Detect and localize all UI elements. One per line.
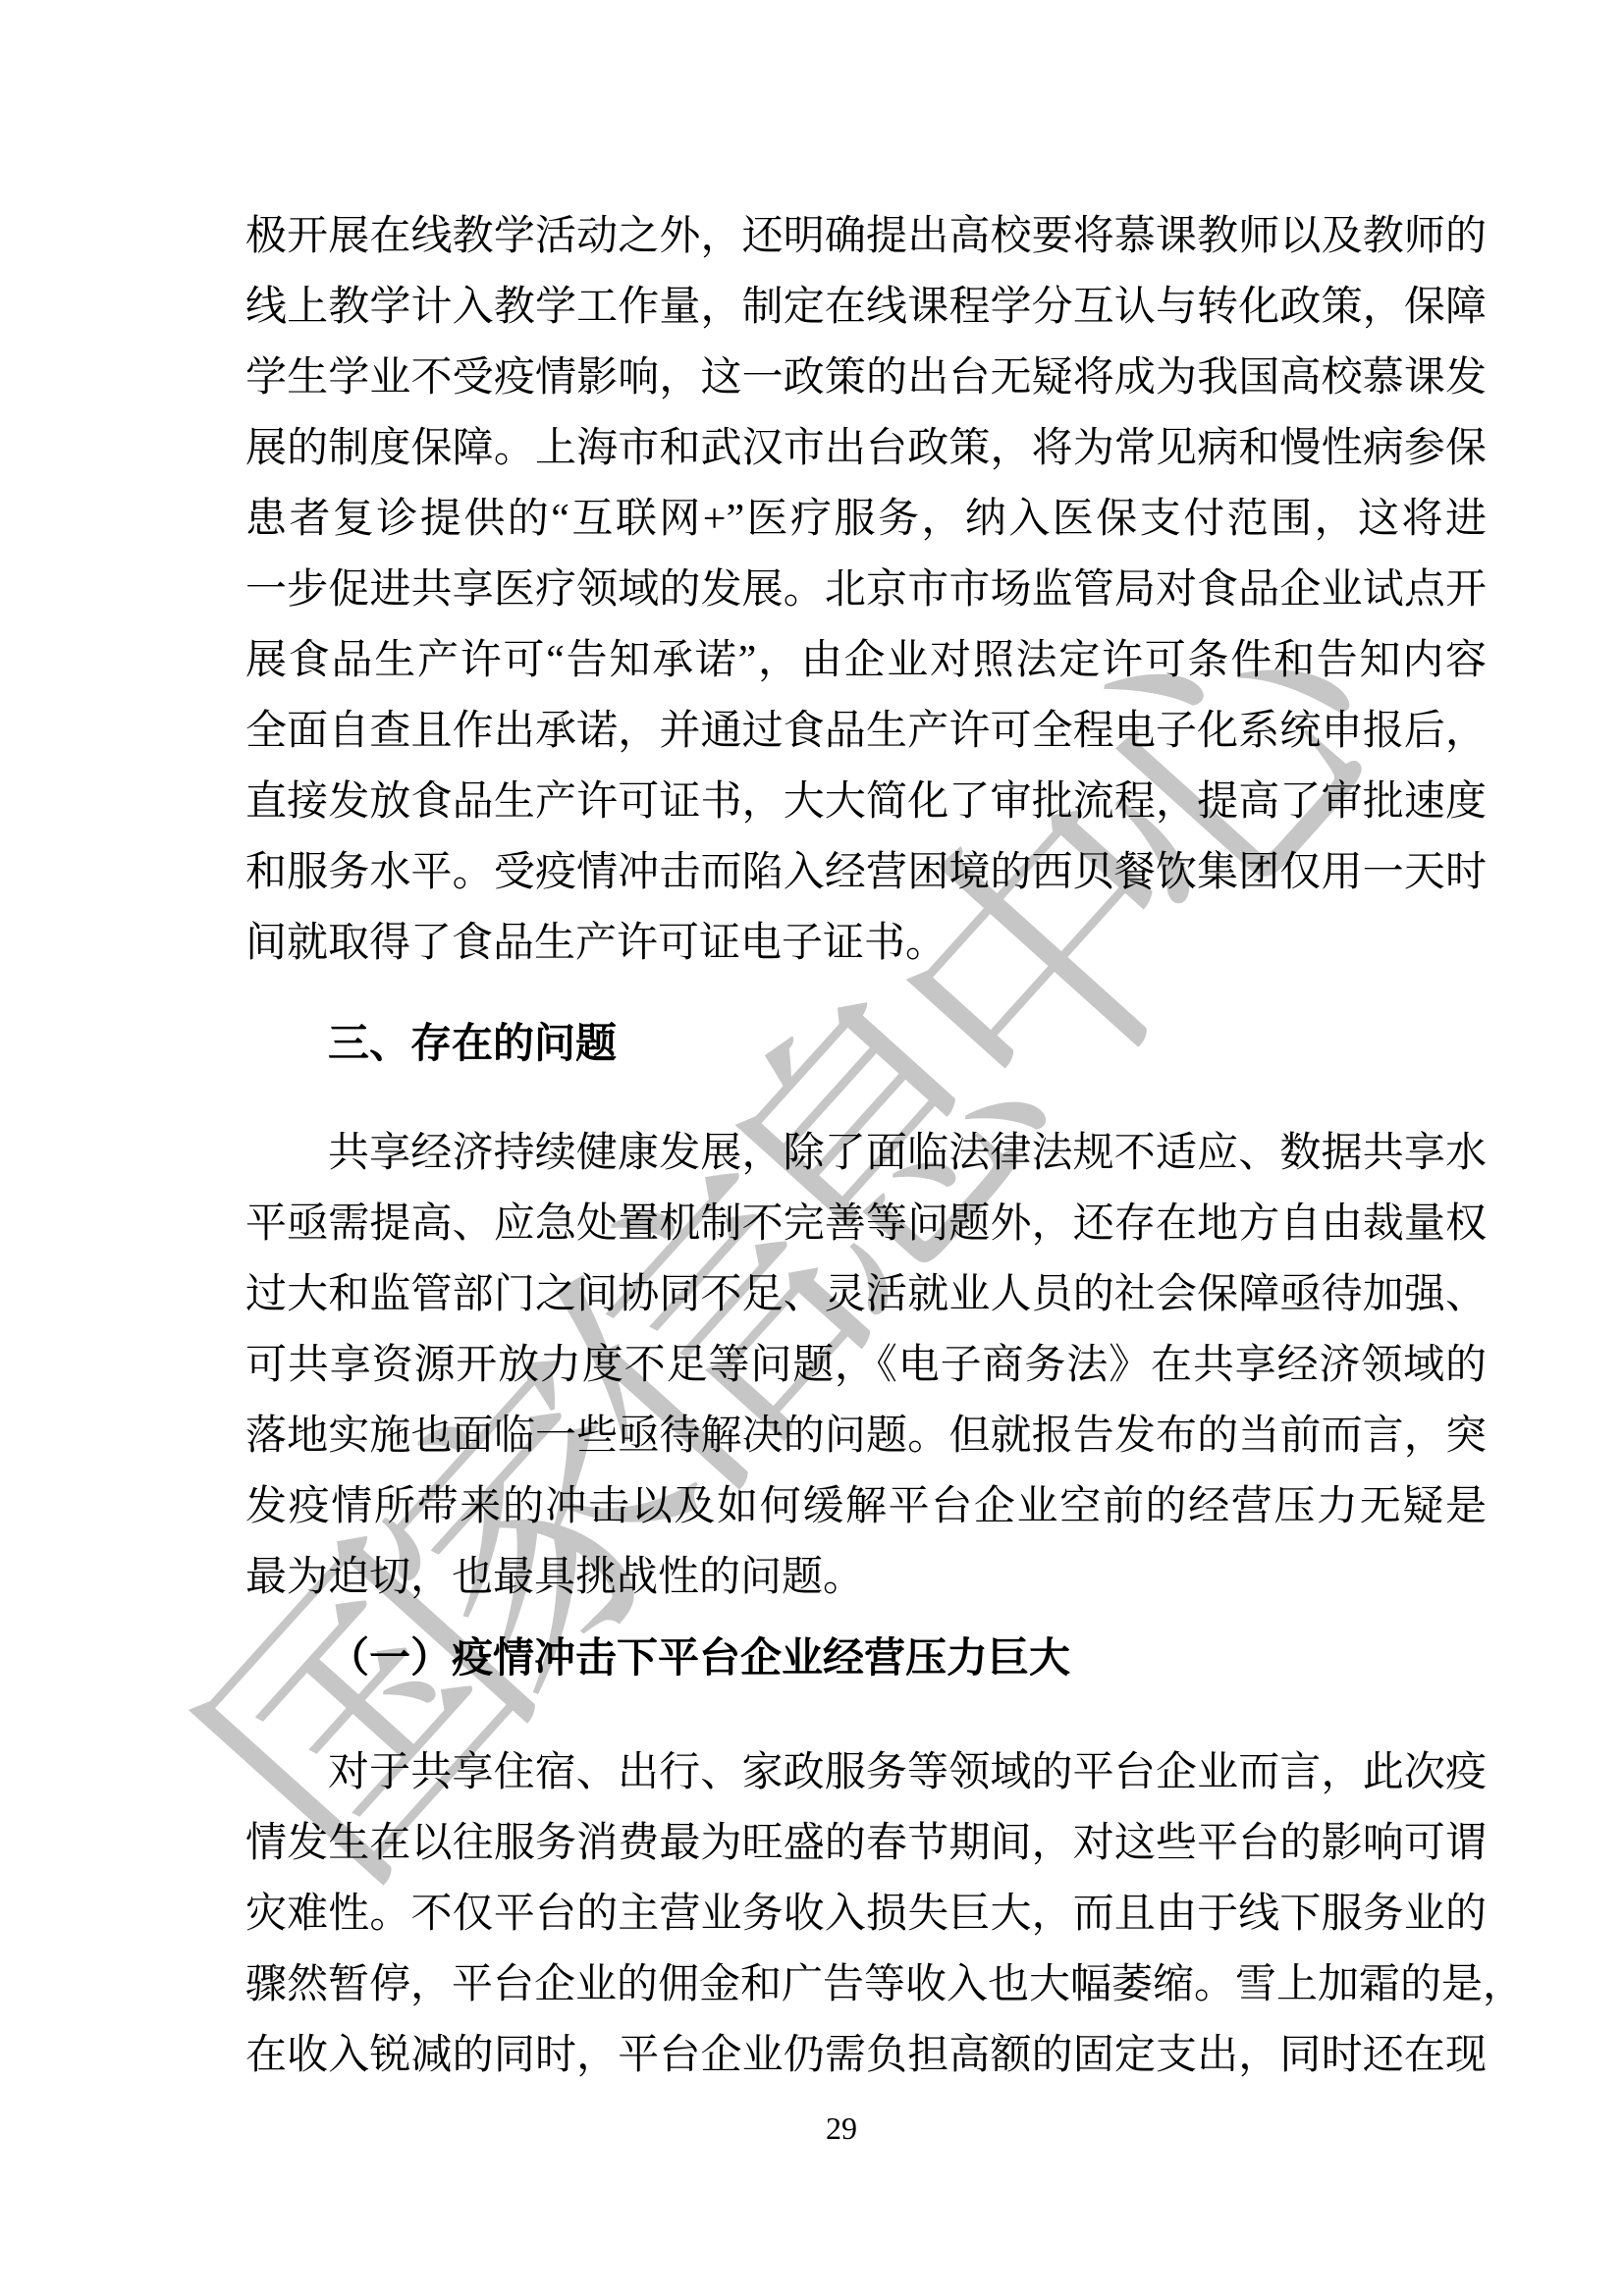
text-line: 平亟需提高、应急处置机制不完善等问题外，还存在地方自由裁量权 bbox=[245, 1189, 1487, 1259]
page-number: 29 bbox=[245, 2109, 1437, 2148]
text-line: 发疫情所带来的冲击以及如何缓解平台企业空前的经营压力无疑是 bbox=[245, 1471, 1487, 1542]
document-page: { "page": { "background": "#ffffff", "pa… bbox=[0, 0, 1624, 2296]
text-line: 骤然暂停，平台企业的佣金和广告等收入也大幅萎缩。雪上加霜的是， bbox=[245, 1949, 1487, 2020]
text-line: 过大和监管部门之间协同不足、灵活就业人员的社会保障亟待加强、 bbox=[245, 1259, 1487, 1330]
text-line: 最为迫切，也最具挑战性的问题。 bbox=[245, 1542, 1487, 1613]
text-line: 全面自查且作出承诺，并通过食品生产许可全程电子化系统申报后， bbox=[245, 696, 1487, 767]
text-line: 落地实施也面临一些亟待解决的问题。但就报告发布的当前而言，突 bbox=[245, 1401, 1487, 1471]
document-text-block: 极开展在线教学活动之外，还明确提出高校要将慕课教师以及教师的线上教学计入教学工作… bbox=[245, 201, 1487, 2091]
text-line: 一步促进共享医疗领域的发展。北京市市场监管局对食品企业试点开 bbox=[245, 555, 1487, 625]
text-line: 共享经济持续健康发展，除了面临法律法规不适应、数据共享水 bbox=[245, 1118, 1487, 1189]
text-line: 可共享资源开放力度不足等问题，《电子商务法》在共享经济领域的 bbox=[245, 1330, 1487, 1401]
text-line: 在收入锐减的同时，平台企业仍需负担高额的固定支出，同时还在现 bbox=[245, 2020, 1487, 2091]
section-heading-problems: 三、存在的问题 bbox=[245, 1008, 1487, 1079]
text-line: 对于共享住宿、出行、家政服务等领域的平台企业而言，此次疫 bbox=[245, 1737, 1487, 1808]
text-line: 患者复诊提供的“互联网+”医疗服务，纳入医保支付范围，这将进 bbox=[245, 484, 1487, 555]
text-line: 灾难性。不仅平台的主营业务收入损失巨大，而且由于线下服务业的 bbox=[245, 1879, 1487, 1949]
text-line: 线上教学计入教学工作量，制定在线课程学分互认与转化政策，保障 bbox=[245, 272, 1487, 343]
text-line: 情发生在以往服务消费最为旺盛的春节期间，对这些平台的影响可谓 bbox=[245, 1808, 1487, 1879]
paragraph-problems-overview: 共享经济持续健康发展，除了面临法律法规不适应、数据共享水平亟需提高、应急处置机制… bbox=[245, 1118, 1487, 1613]
text-line: 学生学业不受疫情影响，这一政策的出台无疑将成为我国高校慕课发 bbox=[245, 343, 1487, 413]
text-line: 直接发放食品生产许可证书，大大简化了审批流程，提高了审批速度 bbox=[245, 767, 1487, 837]
text-line: 展的制度保障。上海市和武汉市出台政策，将为常见病和慢性病参保 bbox=[245, 413, 1487, 484]
text-line: 展食品生产许可“告知承诺”，由企业对照法定许可条件和告知内容 bbox=[245, 625, 1487, 696]
text-line: 极开展在线教学活动之外，还明确提出高校要将慕课教师以及教师的 bbox=[245, 201, 1487, 272]
subsection-heading-epidemic-pressure: （一）疫情冲击下平台企业经营压力巨大 bbox=[245, 1623, 1487, 1693]
paragraph-epidemic-impact: 对于共享住宿、出行、家政服务等领域的平台企业而言，此次疫情发生在以往服务消费最为… bbox=[245, 1737, 1487, 2091]
text-line: 间就取得了食品生产许可证电子证书。 bbox=[245, 908, 1487, 979]
text-line: 和服务水平。受疫情冲击而陷入经营困境的西贝餐饮集团仅用一天时 bbox=[245, 837, 1487, 908]
paragraph-policy-continued: 极开展在线教学活动之外，还明确提出高校要将慕课教师以及教师的线上教学计入教学工作… bbox=[245, 201, 1487, 979]
